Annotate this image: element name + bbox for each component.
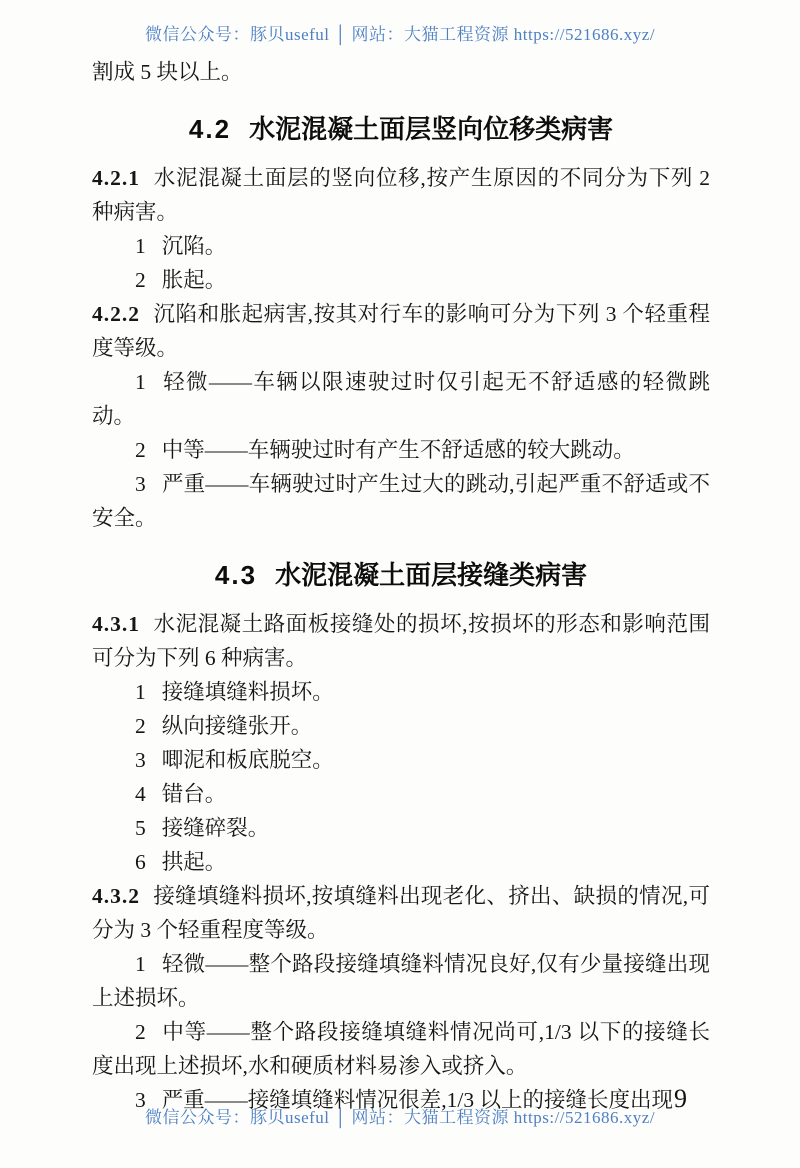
list-item: 3严重——车辆驶过时产生过大的跳动,引起严重不舒适或不安全。	[92, 467, 710, 535]
document-page: 微信公众号：豚贝useful │ 网站：大猫工程资源 https://52168…	[0, 0, 800, 1168]
list-item-text: 纵向接缝张开。	[162, 714, 313, 738]
list-item-text: 中等——整个路段接缝填缝料情况尚可,1/3 以下的接缝长度出现上述损坏,水和硬质…	[92, 1020, 710, 1078]
clause-4-3-2: 4.3.2接缝填缝料损坏,按填缝料出现老化、挤出、缺损的情况,可分为 3 个轻重…	[92, 879, 710, 947]
list-item-number: 3	[135, 472, 146, 496]
list-item: 2纵向接缝张开。	[92, 709, 710, 743]
list-item-number: 1	[135, 370, 146, 394]
list-item-text: 拱起。	[162, 850, 227, 874]
list-item-text: 接缝填缝料损坏。	[162, 680, 334, 704]
list-item-text: 中等——车辆驶过时有产生不舒适感的较大跳动。	[162, 438, 635, 462]
clause-4-2-2: 4.2.2沉陷和胀起病害,按其对行车的影响可分为下列 3 个轻重程度等级。	[92, 297, 710, 365]
list-item: 6拱起。	[92, 845, 710, 879]
section-heading-title: 水泥混凝土面层竖向位移类病害	[249, 114, 613, 144]
list-item-number: 2	[135, 438, 146, 462]
list-item-number: 3	[135, 748, 146, 772]
page-number: 9	[674, 1084, 687, 1114]
list-item-text: 接缝碎裂。	[162, 816, 270, 840]
list-item-text: 错台。	[162, 782, 227, 806]
list-item: 1轻微——整个路段接缝填缝料情况良好,仅有少量接缝出现上述损坏。	[92, 947, 710, 1015]
clause-number: 4.3.2	[92, 884, 140, 908]
list-item: 1轻微——车辆以限速驶过时仅引起无不舒适感的轻微跳动。	[92, 365, 710, 433]
list-item-number: 1	[135, 680, 146, 704]
list-item-number: 4	[135, 782, 146, 806]
list-item-text: 严重——车辆驶过时产生过大的跳动,引起严重不舒适或不安全。	[92, 472, 710, 530]
clause-text: 水泥混凝土路面板接缝处的损坏,按损坏的形态和影响范围可分为下列 6 种病害。	[92, 612, 710, 670]
section-heading-4-2: 4.2水泥混凝土面层竖向位移类病害	[92, 111, 710, 147]
watermark-top: 微信公众号：豚贝useful │ 网站：大猫工程资源 https://52168…	[0, 0, 800, 45]
clause-text: 接缝填缝料损坏,按填缝料出现老化、挤出、缺损的情况,可分为 3 个轻重程度等级。	[92, 884, 710, 942]
section-heading-number: 4.3	[215, 560, 257, 590]
list-item-text: 沉陷。	[162, 234, 227, 258]
clause-text: 水泥混凝土面层的竖向位移,按产生原因的不同分为下列 2 种病害。	[92, 166, 710, 224]
continuation-paragraph: 割成 5 块以上。	[92, 55, 710, 89]
list-item-number: 1	[135, 952, 146, 976]
list-item: 2中等——整个路段接缝填缝料情况尚可,1/3 以下的接缝长度出现上述损坏,水和硬…	[92, 1015, 710, 1083]
clause-4-3-1: 4.3.1水泥混凝土路面板接缝处的损坏,按损坏的形态和影响范围可分为下列 6 种…	[92, 607, 710, 675]
section-heading-title: 水泥混凝土面层接缝类病害	[275, 560, 587, 590]
list-item-number: 5	[135, 816, 146, 840]
list-item: 2胀起。	[92, 263, 710, 297]
list-item-text: 轻微——整个路段接缝填缝料情况良好,仅有少量接缝出现上述损坏。	[92, 952, 710, 1010]
clause-number: 4.2.1	[92, 166, 140, 190]
section-heading-number: 4.2	[189, 114, 231, 144]
list-item: 4错台。	[92, 777, 710, 811]
clause-number: 4.2.2	[92, 302, 140, 326]
list-item-text: 唧泥和板底脱空。	[162, 748, 334, 772]
list-item: 1接缝填缝料损坏。	[92, 675, 710, 709]
list-item-number: 1	[135, 234, 146, 258]
section-heading-4-3: 4.3水泥混凝土面层接缝类病害	[92, 557, 710, 593]
clause-text: 沉陷和胀起病害,按其对行车的影响可分为下列 3 个轻重程度等级。	[92, 302, 710, 360]
list-item-number: 2	[135, 714, 146, 738]
list-item: 1沉陷。	[92, 229, 710, 263]
list-item-number: 2	[135, 1020, 146, 1044]
list-item: 3唧泥和板底脱空。	[92, 743, 710, 777]
list-item: 2中等——车辆驶过时有产生不舒适感的较大跳动。	[92, 433, 710, 467]
clause-4-2-1: 4.2.1水泥混凝土面层的竖向位移,按产生原因的不同分为下列 2 种病害。	[92, 161, 710, 229]
list-item-number: 2	[135, 268, 146, 292]
list-item: 5接缝碎裂。	[92, 811, 710, 845]
page-content: 割成 5 块以上。 4.2水泥混凝土面层竖向位移类病害 4.2.1水泥混凝土面层…	[0, 45, 800, 1117]
list-item-number: 6	[135, 850, 146, 874]
list-item-text: 轻微——车辆以限速驶过时仅引起无不舒适感的轻微跳动。	[92, 370, 710, 428]
list-item-text: 胀起。	[162, 268, 227, 292]
clause-number: 4.3.1	[92, 612, 140, 636]
